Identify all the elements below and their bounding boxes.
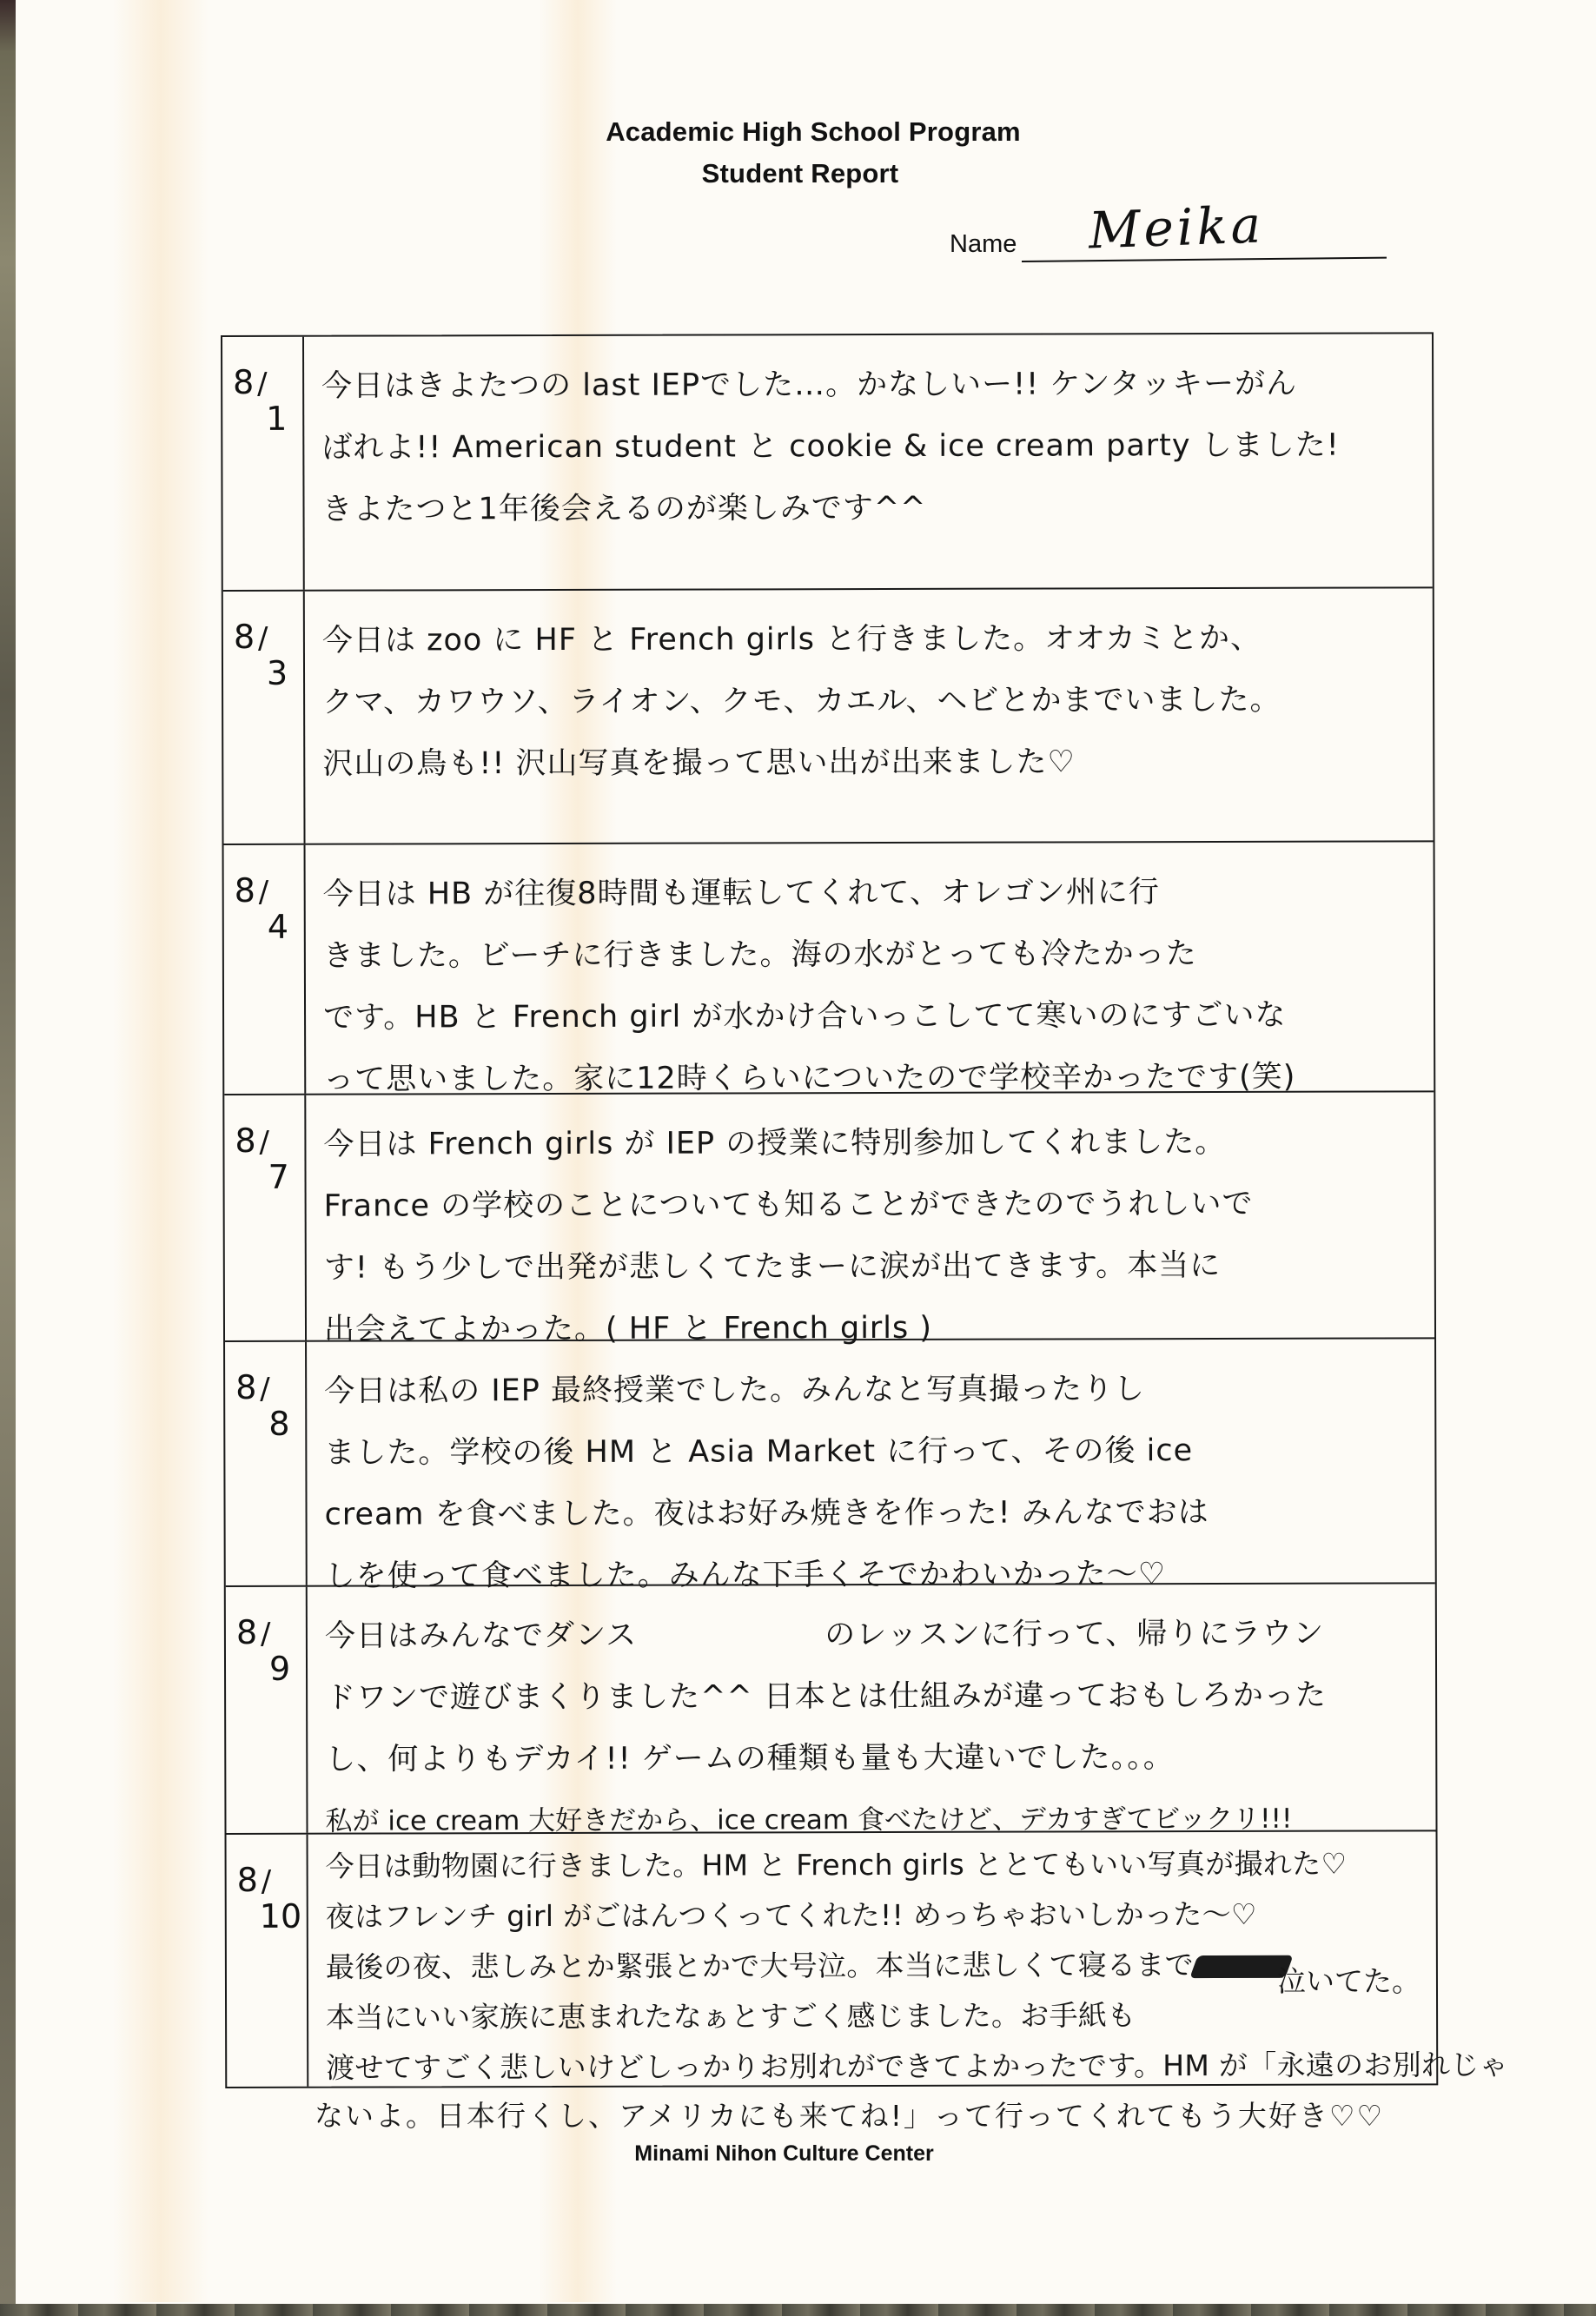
- entry-line: きました。ビーチに行きました。海の水がとっても冷たかった: [323, 923, 1420, 987]
- entry-line: きよたつと1年後会えるのが楽しみです^^: [321, 476, 1418, 540]
- date-slash: /: [261, 1617, 271, 1651]
- entry-line-overflow: 泣いてた。: [1277, 1959, 1421, 2000]
- entry-continuation-line: ないよ。日本行くし、アメリカにも来てね!」って行ってくれてもう大好き♡♡: [315, 2094, 1384, 2134]
- report-entry: 8 / 4 今日は HB が往復8時間も運転してくれて、オレゴン州に行 きました…: [224, 842, 1434, 1095]
- date-slash: /: [260, 1372, 270, 1406]
- entry-text: 今日はみんなでダンス のレッスンに行って、帰りにラウン ドワンで遊びまくりました…: [308, 1584, 1436, 1832]
- entry-line: 今日は French girls が IEP の授業に特別参加してくれました。: [323, 1111, 1420, 1175]
- date-day: 8: [268, 1405, 289, 1443]
- entry-text: 今日は HB が往復8時間も運転してくれて、オレゴン州に行 きました。ビーチに行…: [306, 842, 1434, 1093]
- date-slash: /: [262, 1864, 272, 1899]
- report-entry: 8 / 7 今日は French girls が IEP の授業に特別参加してく…: [224, 1092, 1434, 1342]
- date-month: 8: [235, 871, 255, 910]
- report-entry: 8 / 8 今日は私の IEP 最終授業でした。みんなと写真撮ったりし ました。…: [225, 1339, 1435, 1587]
- report-entry: 8 / 9 今日はみんなでダンス のレッスンに行って、帰りにラウン ドワンで遊び…: [226, 1584, 1436, 1835]
- student-name: Meika: [1088, 195, 1265, 260]
- entry-date: 8 / 1: [222, 337, 305, 590]
- entry-date: 8 / 9: [226, 1587, 308, 1833]
- entry-line: です。HB と French girl が水かけ合いっこしてて寒いのにすごいな: [323, 984, 1420, 1049]
- date-slash: /: [259, 1125, 269, 1160]
- date-day: 7: [268, 1158, 288, 1196]
- photo-background-edge-left: [0, 0, 16, 2316]
- date-day: 3: [267, 654, 288, 692]
- entry-line: cream を食べました。夜はお好み焼きを作った! みんなでおは: [324, 1481, 1421, 1545]
- entry-line: 沢山の鳥も!! 沢山写真を撮って思い出が出来ました♡: [322, 731, 1419, 795]
- entry-text: 今日は French girls が IEP の授業に特別参加してくれました。 …: [306, 1092, 1434, 1340]
- date-day: 10: [260, 1897, 301, 1936]
- program-title: Academic High School Program: [30, 111, 1596, 153]
- entry-line: クマ、カワウソ、ライオン、クモ、カエル、ヘビとかまでいました。: [322, 669, 1419, 733]
- date-day: 4: [268, 908, 288, 946]
- photo-background-edge-bottom: [0, 2304, 1596, 2316]
- name-field: Name Meika: [950, 198, 1401, 268]
- date-month: 8: [233, 363, 254, 401]
- daily-report-table: 8 / 1 今日はきよたつの last IEPでした…。かなしいー!! ケンタッ…: [221, 332, 1438, 2088]
- date-month: 8: [235, 1122, 255, 1160]
- entry-date: 8 / 7: [224, 1095, 307, 1340]
- entry-line: ドワンで遊びまくりました^^ 日本とは仕組みが違っておもしろかった: [325, 1664, 1421, 1729]
- entry-date: 8 / 4: [224, 845, 307, 1094]
- date-month: 8: [234, 618, 255, 656]
- date-month: 8: [237, 1861, 258, 1899]
- date-slash: /: [258, 621, 268, 656]
- entry-text: 今日は私の IEP 最終授業でした。みんなと写真撮ったりし ました。学校の後 H…: [307, 1339, 1435, 1585]
- entry-line: ばれよ!! American student と cookie & ice cr…: [321, 414, 1418, 479]
- date-day: 1: [266, 400, 287, 438]
- entry-date: 8 / 10: [227, 1835, 309, 2087]
- entry-line: 今日はきよたつの last IEPでした…。かなしいー!! ケンタッキーがん: [321, 353, 1418, 417]
- entry-line: す! もう少しで出発が悲しくてたまーに涙が出てきます。本当に: [324, 1234, 1421, 1299]
- report-title: Student Report: [4, 153, 1596, 195]
- date-slash: /: [259, 875, 269, 910]
- organization-name: Minami Nihon Culture Center: [634, 2141, 933, 2166]
- entry-text: 今日はきよたつの last IEPでした…。かなしいー!! ケンタッキーがん ば…: [304, 334, 1433, 589]
- date-day: 9: [269, 1650, 290, 1688]
- entry-line: 今日はみんなでダンス のレッスンに行って、帰りにラウン: [325, 1603, 1421, 1667]
- name-label: Name: [950, 230, 1017, 259]
- date-month: 8: [236, 1613, 257, 1651]
- entry-line: 夜はフレンチ girl がごはんつくってくれた!! めっちゃおいしかった〜♡: [326, 1889, 1508, 1942]
- entry-line: France の学校のことについても知ることができたのでうれしいで: [324, 1173, 1421, 1237]
- entry-line: し、何よりもデカイ!! ゲームの種類も量も大違いでした。。。: [325, 1726, 1421, 1790]
- name-underline: [1022, 257, 1387, 262]
- entry-line: 今日は zoo に HF と French girls と行きました。オオカミと…: [322, 607, 1419, 672]
- report-entry: 8 / 1 今日はきよたつの last IEPでした…。かなしいー!! ケンタッ…: [222, 334, 1433, 592]
- entry-line: ました。学校の後 HM と Asia Market に行って、その後 ice: [324, 1419, 1421, 1484]
- entry-date: 8 / 3: [223, 592, 306, 844]
- report-entry: 8 / 3 今日は zoo に HF と French girls と行きました…: [223, 588, 1434, 845]
- report-entry: 8 / 10 今日は動物園に行きました。HM と French girls とと…: [227, 1831, 1437, 2087]
- date-month: 8: [235, 1368, 256, 1406]
- entry-line: 今日は HB が往復8時間も運転してくれて、オレゴン州に行: [323, 861, 1420, 925]
- entry-date: 8 / 8: [225, 1342, 308, 1585]
- entry-line: 今日は動物園に行きました。HM と French girls ととてもいい写真が…: [326, 1838, 1508, 1892]
- date-slash: /: [257, 367, 268, 401]
- entry-line: 今日は私の IEP 最終授業でした。みんなと写真撮ったりし: [324, 1358, 1421, 1422]
- report-header: Academic High School Program Student Rep…: [0, 111, 1596, 195]
- paper-shadow: [113, 0, 209, 2302]
- entry-line: 渡せてすごく悲しいけどしっかりお別れができてよかったです。HM が「永遠のお別れ…: [326, 2040, 1508, 2094]
- entry-line-text: 最後の夜、悲しみとか緊張とかで大号泣。本当に悲しくて寝るまで: [326, 1948, 1194, 1984]
- entry-text: 今日は zoo に HF と French girls と行きました。オオカミと…: [305, 588, 1434, 843]
- footer: Minami Nihon Culture Center: [0, 2141, 1596, 2167]
